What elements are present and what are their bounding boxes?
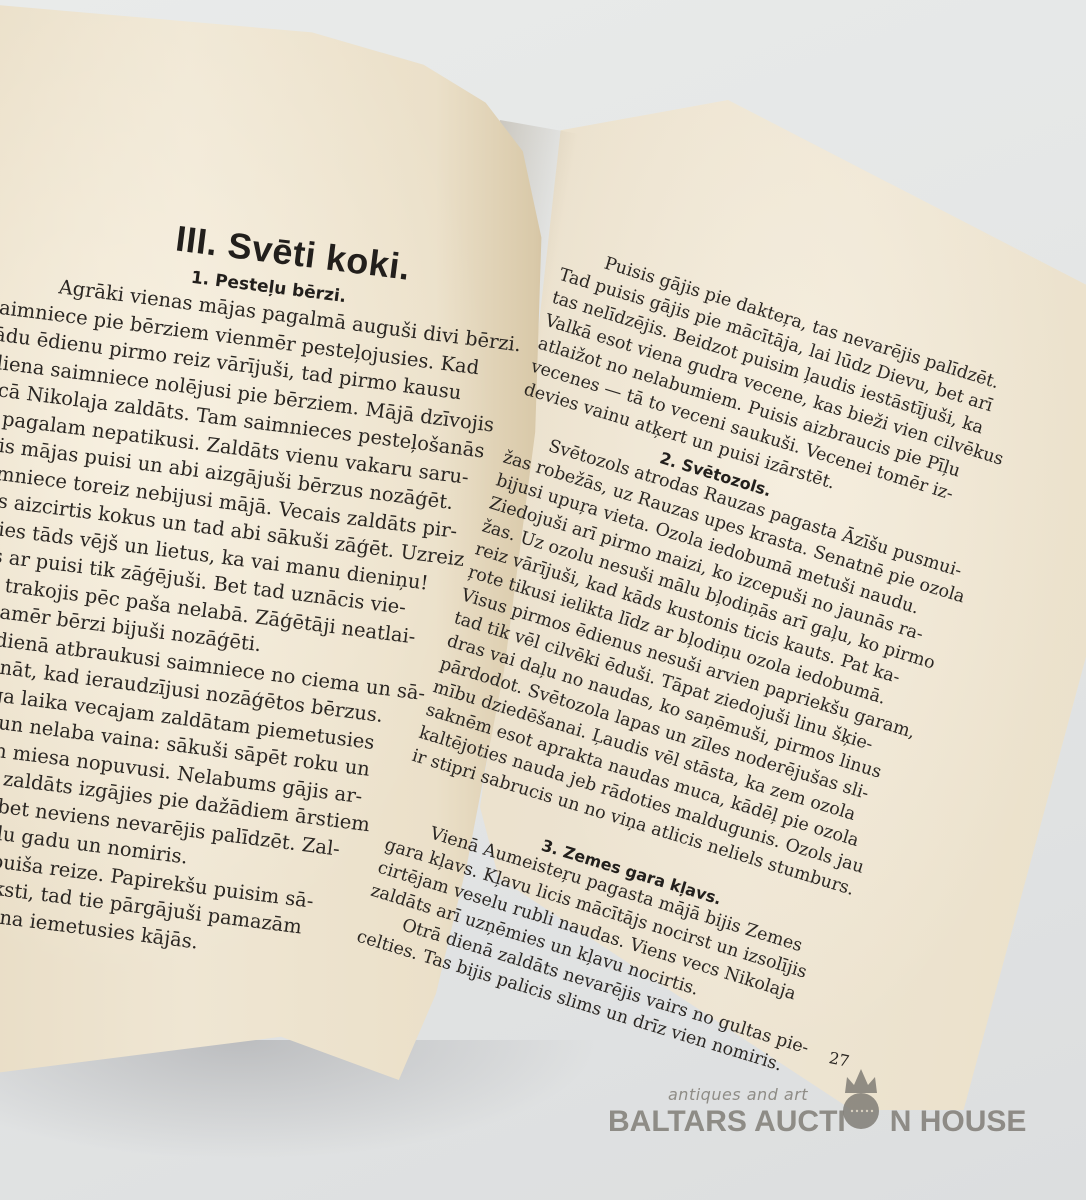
crown-orb-icon [841, 1063, 881, 1133]
watermark: antiques and art BALTARS AUCTIN HOUSE [608, 1085, 1008, 1165]
watermark-brand-prefix: BALTARS AUCTI [608, 1105, 846, 1138]
watermark-tagline: antiques and art [668, 1085, 808, 1104]
watermark-brand: BALTARS AUCTIN HOUSE [608, 1105, 1026, 1139]
watermark-brand-suffix: N HOUSE [890, 1105, 1027, 1138]
